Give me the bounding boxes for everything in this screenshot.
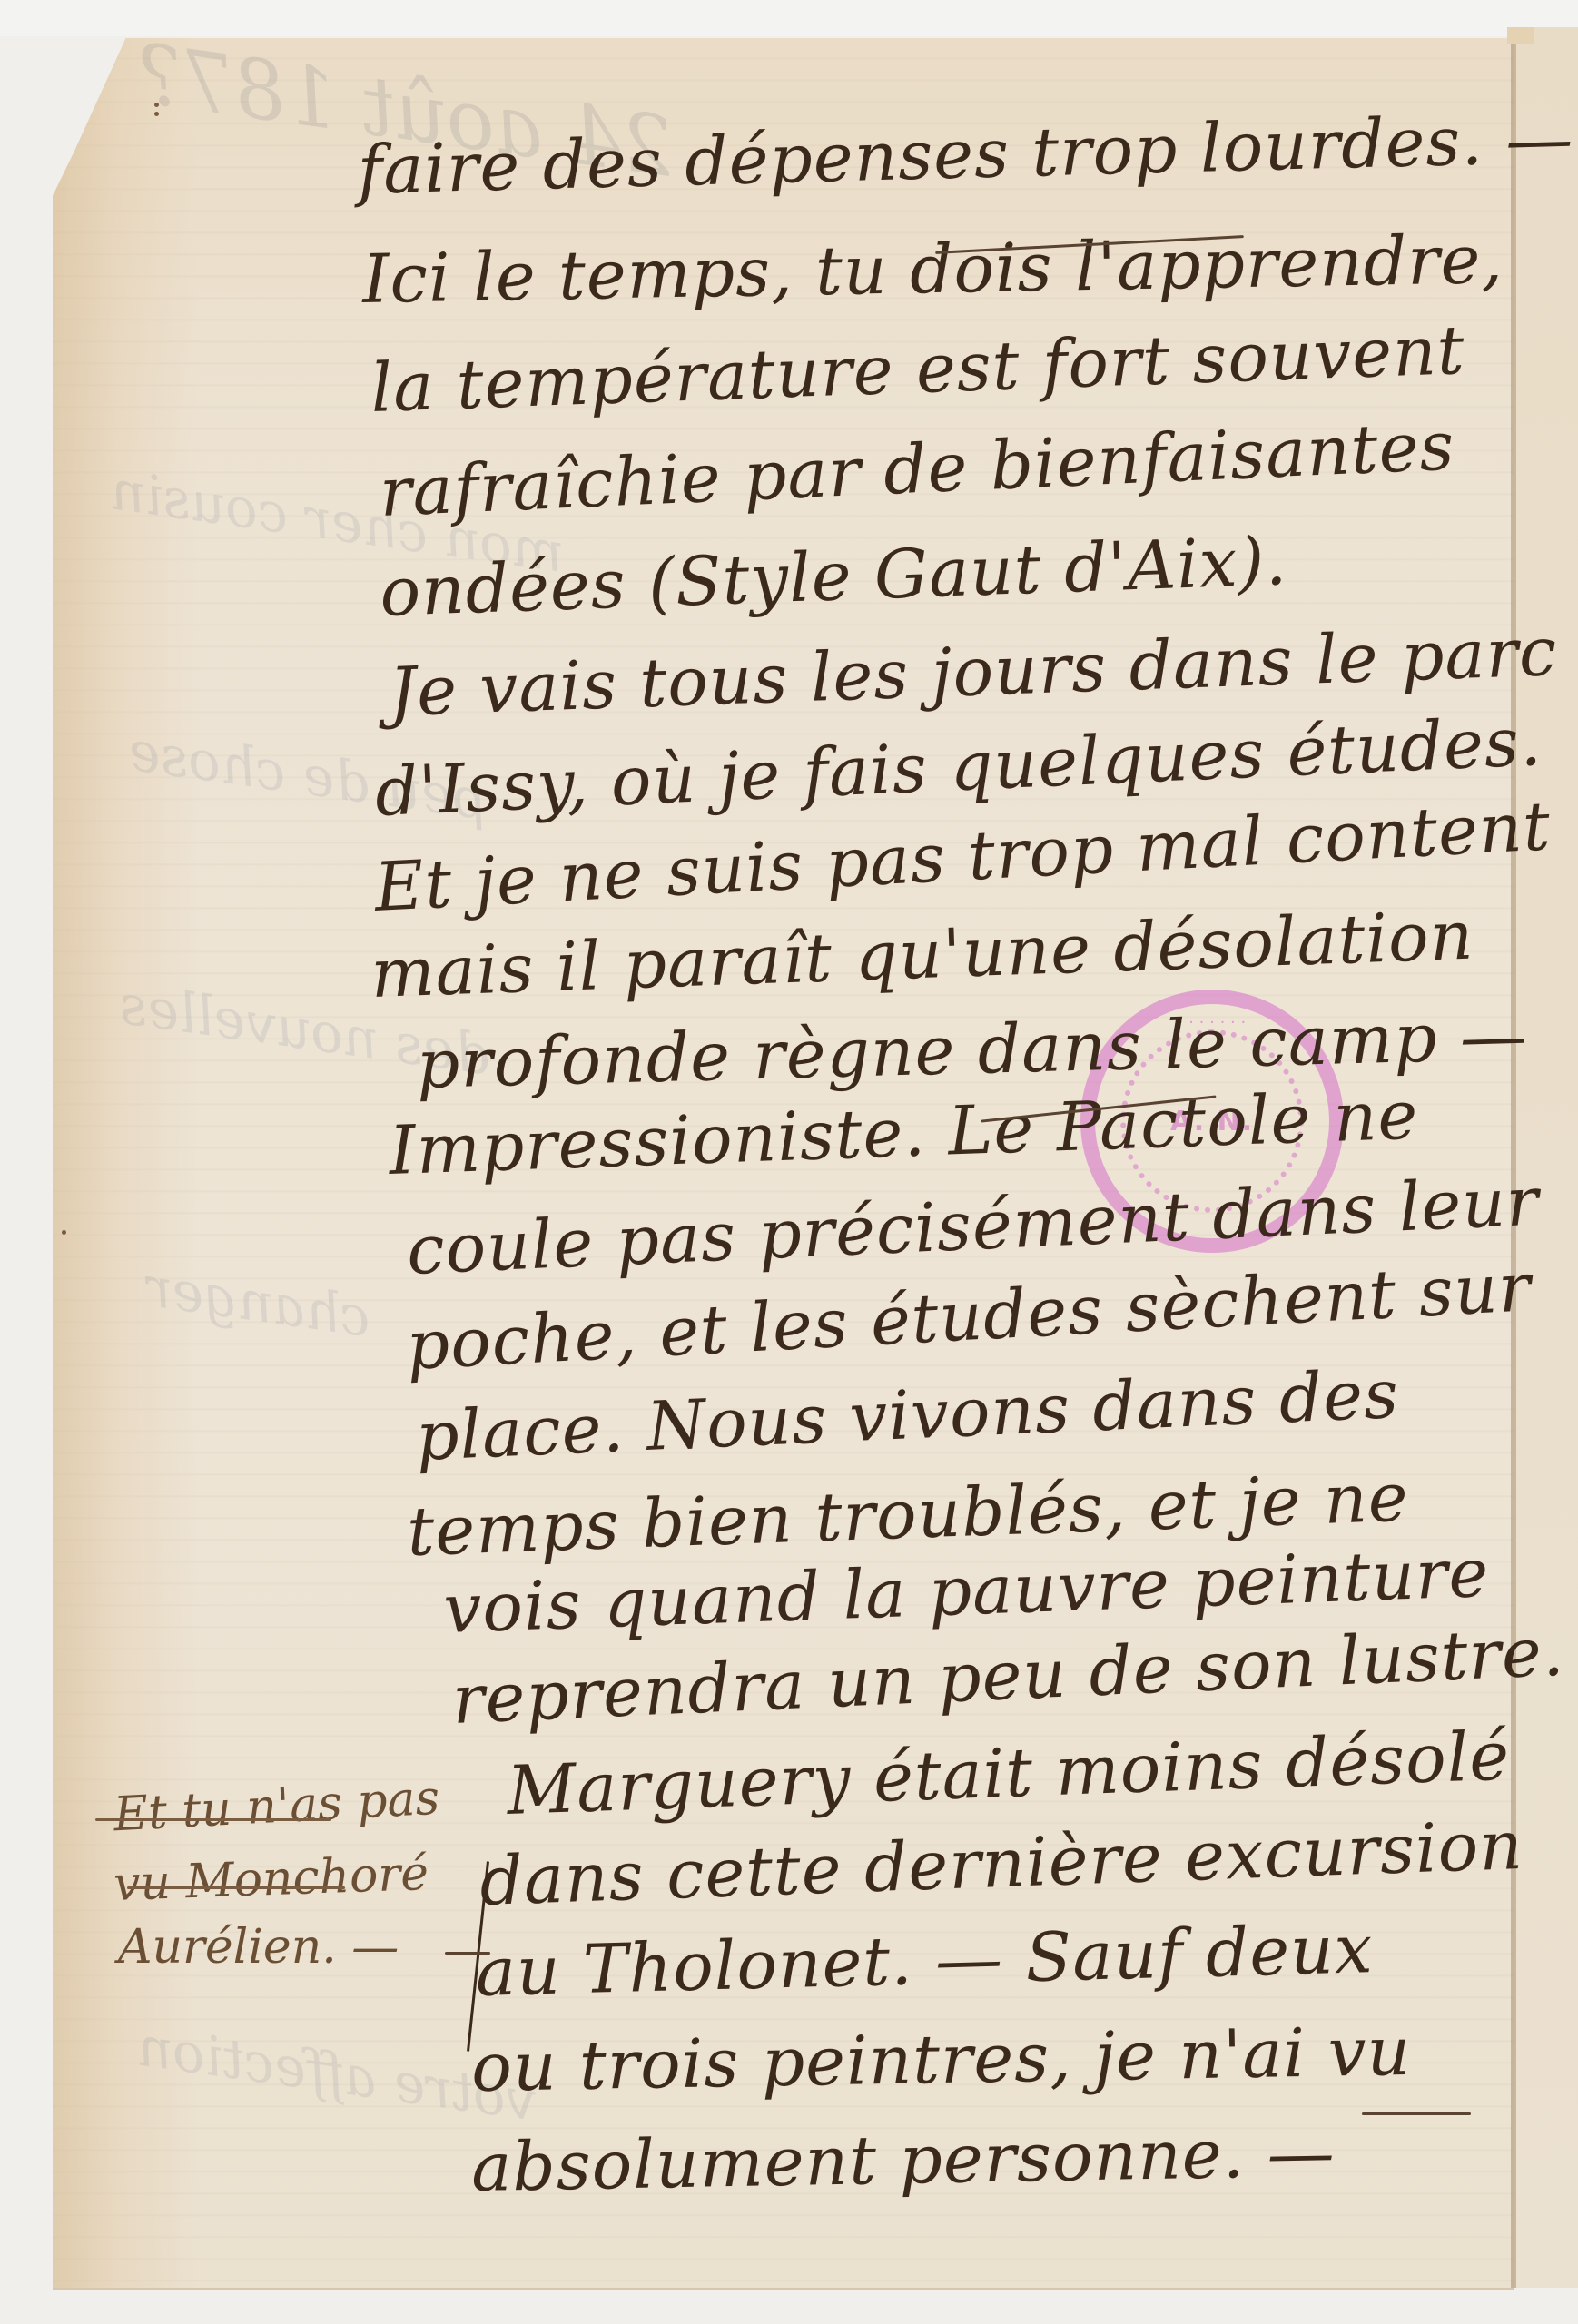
letter-line-22: absolument personne. — xyxy=(470,2113,1336,2207)
margin-note-line-2: vu Monchoré xyxy=(113,1846,429,1912)
fold-line xyxy=(1511,36,1514,2288)
paper-speck xyxy=(62,1230,66,1235)
letter-line-21: ou trois peintres, je n'ai vu xyxy=(470,2013,1411,2107)
margin-note-stroke xyxy=(127,1886,345,1889)
margin-note-line-3: Aurélien. — xyxy=(118,1920,399,1974)
adjacent-page-edge xyxy=(1514,27,1578,2288)
margin-note-stroke xyxy=(95,1818,331,1821)
paper-speck xyxy=(154,103,159,107)
insertion-dash xyxy=(445,1952,490,1955)
paper-speck xyxy=(154,112,159,116)
pen-stroke xyxy=(1362,2112,1471,2115)
scan-background-top xyxy=(0,0,1578,36)
